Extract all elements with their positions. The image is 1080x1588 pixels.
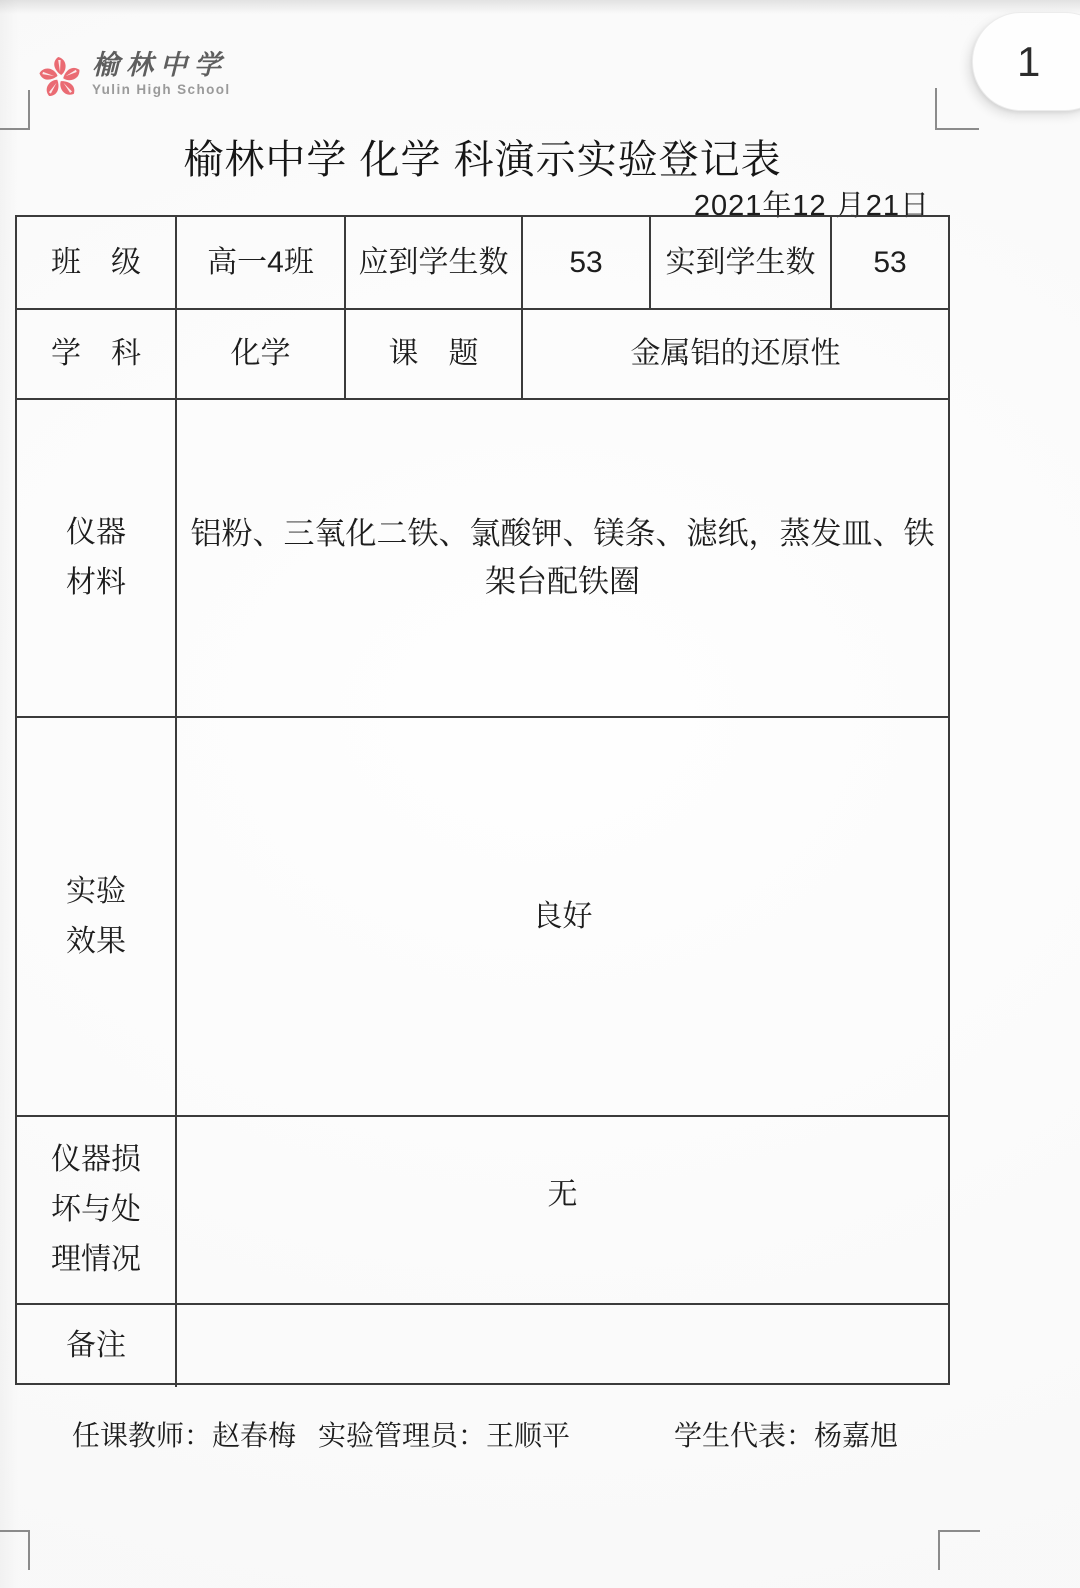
- page-number-badge: 1: [972, 12, 1080, 111]
- corner-mark-bottom-right: [938, 1530, 980, 1570]
- lab-manager-signature: 实验管理员：王顺平: [318, 1414, 570, 1454]
- subject-value-cell: 化学: [177, 310, 346, 398]
- page-title: 榆林中学 化学 科演示实验登记表: [15, 128, 950, 185]
- damage-label-cell: 仪器损 坏与处 理情况: [17, 1117, 177, 1303]
- remarks-value-cell: [177, 1305, 948, 1387]
- teacher-signature: 任课教师：赵春梅: [72, 1414, 296, 1454]
- expected-students-label-cell: 应到学生数: [346, 217, 523, 308]
- damage-value-cell: 无: [177, 1117, 948, 1303]
- corner-mark-bottom-left: [0, 1530, 30, 1570]
- page-number: 1: [1017, 38, 1040, 86]
- expected-students-value-cell: 53: [523, 217, 651, 308]
- signature-line: 任课教师：赵春梅 实验管理员：王顺平 学生代表：杨嘉旭: [72, 1414, 898, 1454]
- table-row-class: 班 级 高一4班 应到学生数 53 实到学生数 53: [17, 217, 948, 310]
- actual-students-label-cell: 实到学生数: [651, 217, 832, 308]
- class-label-cell: 班 级: [17, 217, 177, 308]
- materials-value-cell: 铝粉、三氧化二铁、氯酸钾、镁条、滤纸，蒸发皿、铁架台配铁圈: [177, 400, 948, 716]
- logo-school-name-en: Yulin High School: [92, 82, 231, 98]
- topic-value-cell: 金属铝的还原性: [523, 310, 948, 398]
- class-value-cell: 高一4班: [177, 217, 346, 308]
- logo-school-name-zh: 榆林中学: [92, 50, 231, 80]
- result-value-cell: 良好: [177, 718, 948, 1115]
- experiment-form-table: 班 级 高一4班 应到学生数 53 实到学生数 53 学 科 化学 课 题 金属…: [15, 215, 950, 1385]
- table-row-remarks: 备注: [17, 1305, 948, 1387]
- actual-students-value-cell: 53: [832, 217, 948, 308]
- result-label-cell: 实验 效果: [17, 718, 177, 1115]
- table-row-materials: 仪器 材料 铝粉、三氧化二铁、氯酸钾、镁条、滤纸，蒸发皿、铁架台配铁圈: [17, 400, 948, 718]
- materials-label-cell: 仪器 材料: [17, 400, 177, 716]
- table-row-result: 实验 效果 良好: [17, 718, 948, 1117]
- student-rep-signature: 学生代表：杨嘉旭: [674, 1414, 898, 1454]
- flower-logo-icon: [36, 52, 84, 104]
- table-row-subject: 学 科 化学 课 题 金属铝的还原性: [17, 310, 948, 400]
- subject-label-cell: 学 科: [17, 310, 177, 398]
- remarks-label-cell: 备注: [17, 1305, 177, 1387]
- corner-mark-top-left: [0, 90, 30, 130]
- table-row-damage: 仪器损 坏与处 理情况 无: [17, 1117, 948, 1305]
- school-logo: 榆林中学 Yulin High School: [36, 50, 231, 104]
- corner-mark-top-right: [935, 88, 979, 130]
- topic-label-cell: 课 题: [346, 310, 523, 398]
